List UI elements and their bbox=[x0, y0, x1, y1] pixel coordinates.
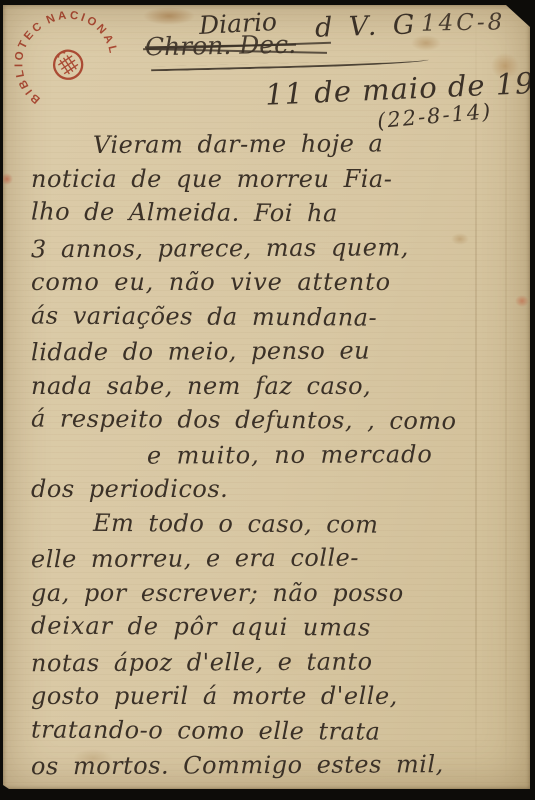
manuscript-line: tratando-o como elle trata bbox=[31, 712, 522, 749]
manuscript-line: notas ápoz d'elle, e tanto bbox=[31, 643, 522, 680]
stamp-emblem-icon bbox=[49, 45, 88, 84]
underline-flourish bbox=[151, 60, 429, 72]
manuscript-line: Vieram dar-me hoje a bbox=[31, 126, 522, 163]
manuscript-line: noticia de que morreu Fia- bbox=[31, 162, 522, 197]
svg-text:BIBLIOTECA: BIBLIOTECA bbox=[3, 11, 78, 109]
manuscript-line: os mortos. Commigo estes mil, bbox=[31, 747, 522, 784]
header-annotation: d V. G bbox=[314, 9, 418, 44]
manuscript-line: gosto pueril á morte d'elle, bbox=[31, 679, 522, 714]
manuscript-line: lho de Almeida. Foi ha bbox=[31, 195, 522, 232]
manuscript-line: e muito, no mercado bbox=[31, 436, 522, 473]
stain bbox=[3, 173, 13, 185]
manuscript-line: como eu, não vive attento bbox=[31, 265, 522, 300]
stain bbox=[143, 7, 195, 25]
scanned-manuscript-page: BIBLIOTECA NACIONAL Diario Chron. Dec. d… bbox=[0, 0, 535, 800]
manuscript-body: Vieram dar-me hoje anoticia de que morre… bbox=[31, 127, 522, 783]
catalog-number: 14C-8 bbox=[421, 9, 506, 36]
manuscript-line: dos periodicos. bbox=[31, 472, 522, 507]
manuscript-line: nada sabe, nem faz caso, bbox=[31, 369, 522, 404]
manuscript-line: deixar de pôr aqui umas bbox=[31, 609, 522, 646]
manuscript-line: lidade do meio, penso eu bbox=[31, 333, 522, 370]
manuscript-line: elle morreu, e era colle- bbox=[31, 540, 522, 577]
manuscript-line: ás variações da mundana- bbox=[31, 298, 522, 335]
manuscript-line: Em todo o caso, com bbox=[31, 505, 522, 542]
manuscript-paper: BIBLIOTECA NACIONAL Diario Chron. Dec. d… bbox=[3, 5, 530, 789]
manuscript-line: á respeito dos defuntos, , como bbox=[31, 402, 522, 439]
stamp-word-1: BIBLIOTECA bbox=[3, 11, 78, 109]
biblioteca-nacional-stamp-icon: BIBLIOTECA NACIONAL bbox=[3, 5, 139, 135]
manuscript-line: 3 annos, parece, mas quem, bbox=[31, 229, 522, 266]
manuscript-line: ga, por escrever; não posso bbox=[31, 576, 522, 611]
